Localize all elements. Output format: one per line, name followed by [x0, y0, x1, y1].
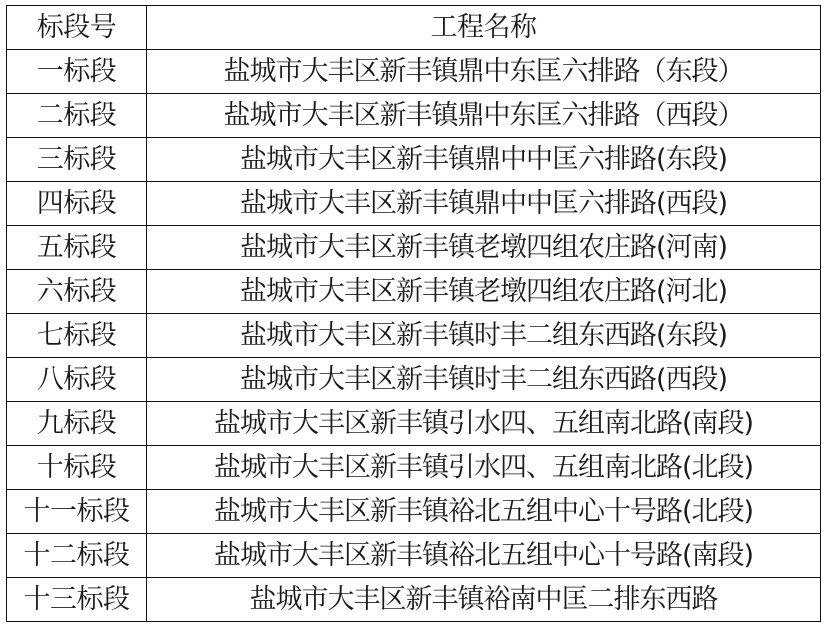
project-name-cell: 盐城市大丰区新丰镇时丰二组东西路(东段) [147, 314, 821, 358]
project-name-cell: 盐城市大丰区新丰镇鼎中东匡六排路（西段） [147, 94, 821, 138]
section-cell: 十标段 [7, 446, 147, 490]
project-name-cell: 盐城市大丰区新丰镇时丰二组东西路(西段) [147, 358, 821, 402]
table-row: 五标段 盐城市大丰区新丰镇老墩四组农庄路(河南) [7, 226, 821, 270]
section-cell: 四标段 [7, 182, 147, 226]
section-cell: 一标段 [7, 50, 147, 94]
section-cell: 十三标段 [7, 578, 147, 622]
project-name-cell: 盐城市大丰区新丰镇裕南中匡二排东西路 [147, 578, 821, 622]
section-cell: 七标段 [7, 314, 147, 358]
section-cell: 十一标段 [7, 490, 147, 534]
table-row: 一标段 盐城市大丰区新丰镇鼎中东匡六排路（东段） [7, 50, 821, 94]
table-row: 十二标段 盐城市大丰区新丰镇裕北五组中心十号路(南段) [7, 534, 821, 578]
project-name-cell: 盐城市大丰区新丰镇鼎中东匡六排路（东段） [147, 50, 821, 94]
table-row: 三标段 盐城市大丰区新丰镇鼎中中匡六排路(东段) [7, 138, 821, 182]
header-row: 标段号 工程名称 [7, 6, 821, 50]
table-row: 二标段 盐城市大丰区新丰镇鼎中东匡六排路（西段） [7, 94, 821, 138]
project-name-cell: 盐城市大丰区新丰镇引水四、五组南北路(南段) [147, 402, 821, 446]
table-row: 七标段 盐城市大丰区新丰镇时丰二组东西路(东段) [7, 314, 821, 358]
section-cell: 三标段 [7, 138, 147, 182]
table-row: 八标段 盐城市大丰区新丰镇时丰二组东西路(西段) [7, 358, 821, 402]
table-row: 四标段 盐城市大丰区新丰镇鼎中中匡六排路(西段) [7, 182, 821, 226]
project-name-cell: 盐城市大丰区新丰镇裕北五组中心十号路(北段) [147, 490, 821, 534]
section-cell: 二标段 [7, 94, 147, 138]
section-cell: 十二标段 [7, 534, 147, 578]
section-cell: 六标段 [7, 270, 147, 314]
project-name-cell: 盐城市大丰区新丰镇老墩四组农庄路(河南) [147, 226, 821, 270]
project-name-cell: 盐城市大丰区新丰镇裕北五组中心十号路(南段) [147, 534, 821, 578]
table-row: 十三标段 盐城市大丰区新丰镇裕南中匡二排东西路 [7, 578, 821, 622]
header-project-name: 工程名称 [147, 6, 821, 50]
section-cell: 五标段 [7, 226, 147, 270]
table-row: 六标段 盐城市大丰区新丰镇老墩四组农庄路(河北) [7, 270, 821, 314]
project-name-cell: 盐城市大丰区新丰镇鼎中中匡六排路(东段) [147, 138, 821, 182]
project-name-cell: 盐城市大丰区新丰镇引水四、五组南北路(北段) [147, 446, 821, 490]
table-row: 九标段 盐城市大丰区新丰镇引水四、五组南北路(南段) [7, 402, 821, 446]
section-cell: 八标段 [7, 358, 147, 402]
header-section-number: 标段号 [7, 6, 147, 50]
table-row: 十标段 盐城市大丰区新丰镇引水四、五组南北路(北段) [7, 446, 821, 490]
sections-table: 标段号 工程名称 一标段 盐城市大丰区新丰镇鼎中东匡六排路（东段） 二标段 盐城… [6, 5, 821, 622]
table-row: 十一标段 盐城市大丰区新丰镇裕北五组中心十号路(北段) [7, 490, 821, 534]
section-cell: 九标段 [7, 402, 147, 446]
project-name-cell: 盐城市大丰区新丰镇老墩四组农庄路(河北) [147, 270, 821, 314]
project-name-cell: 盐城市大丰区新丰镇鼎中中匡六排路(西段) [147, 182, 821, 226]
